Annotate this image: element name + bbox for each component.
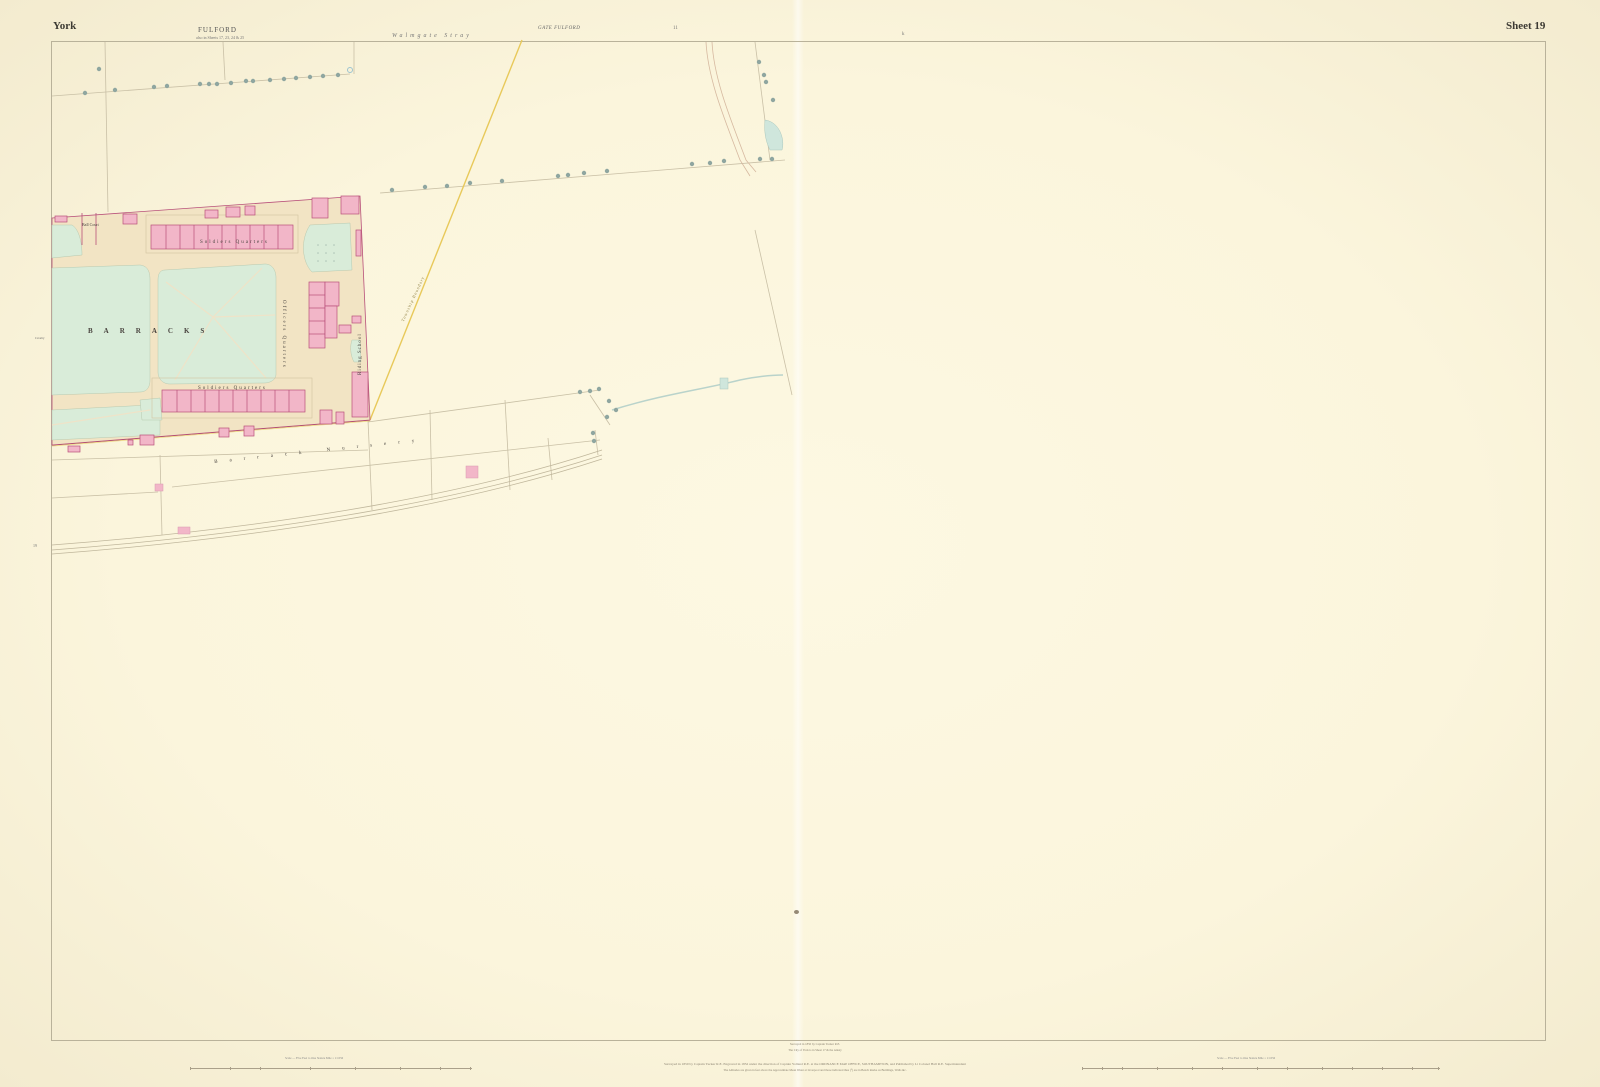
map-drawing [0,0,1600,1087]
nursery-building [466,466,478,478]
imprint-line-2: The City of York is in Sheet 17 & the Ai… [600,1048,1030,1052]
ball-court-label: Ball Court [82,222,99,227]
scale-right-line [1082,1068,1440,1069]
officers-quarters-label: Officers Quarters [281,300,286,369]
scale-right-title: Scale — Five Feet to One Statute Mile = … [1217,1056,1275,1060]
edge-sheet-mark: 19 [33,543,37,548]
scale-left-line [190,1068,472,1069]
soldiers-quarters-top-label: Soldiers Quarters [200,240,269,245]
scale-bar-left: Scale — Five Feet to One Statute Mile = … [190,1060,472,1074]
railway [52,450,602,554]
pond [720,378,728,389]
imprint-line-1: Surveyed in 1850 by Captain Tucker R.E. [600,1042,1030,1046]
imprint-line-4: The Altitudes are given in feet above th… [600,1068,1030,1072]
scale-left-title: Scale — Five Feet to One Statute Mile = … [285,1056,343,1060]
barracks-compound [52,196,370,452]
riding-school-label: Riding School [358,333,363,375]
soldiers-quarters-bottom-label: Soldiers Quarters [198,386,267,391]
center-mark [794,910,799,914]
lane [706,42,756,176]
pond-top [765,120,783,150]
scale-bar-right: Scale — Five Feet to One Statute Mile = … [1082,1060,1440,1074]
stream [612,375,783,410]
cavalry-label: Cavalry [35,336,45,340]
township-boundary [370,40,522,420]
barracks-label: BARRACKS [88,327,215,335]
imprint-line-3: Surveyed in 1850 by Captain Tucker R.E. … [600,1062,1030,1066]
